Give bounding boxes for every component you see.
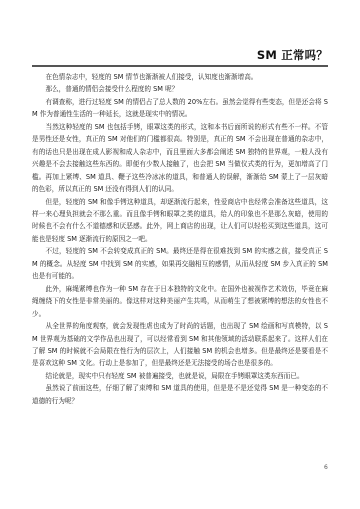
page-title: SM 正常吗？ <box>257 47 328 63</box>
paragraph: 有调查称，进行过轻度 SM 的情侣占了总人数的 20%左右。虽然会觉得有些变态，… <box>32 96 328 121</box>
paragraph: 虽然说了前面这些，仔细了解了束缚和 SM 道具的使用，但是是不是还觉得 SM 是… <box>32 382 328 407</box>
header-divider <box>32 65 328 67</box>
paragraph: 此外，麻绳紧缚也作为一种 SM 存在于日本独特的文化中。在国外也被视作艺术效仿，… <box>32 283 328 320</box>
paragraph: 结论就是，现实中只有轻度 SM 被普遍接受，也就是说，局限在手铐眼罩这类东西而已… <box>32 370 328 382</box>
page-number: 6 <box>324 464 328 471</box>
body-text: 在色情杂志中，轻度的 SM 情节也渐渐被人们接受，认知度也渐渐增高。 那么，普通… <box>32 71 328 407</box>
paragraph: 那么，普通的情侣会接受什么程度的 SM 呢？ <box>32 83 328 95</box>
paragraph: 当然这种轻度的 SM 也包括手铐，眼罩这类的形式，这和本书后面所说的形式有些不一… <box>32 121 328 196</box>
paragraph: 在色情杂志中，轻度的 SM 情节也渐渐被人们接受，认知度也渐渐增高。 <box>32 71 328 83</box>
paragraph: 不过，轻度的 SM 不会转变成真正的 SM。最终还是得在很难找到 SM 的实感之… <box>32 245 328 282</box>
paragraph: 从全世界的角度观察，就会发现性虐也成为了时尚的话题，也出现了 SM 绘画和写真模… <box>32 320 328 370</box>
paragraph: 但是，轻度的 SM 和像手铐这种道具，却逐渐流行起来，性爱商店中也经常会准备这些… <box>32 196 328 246</box>
